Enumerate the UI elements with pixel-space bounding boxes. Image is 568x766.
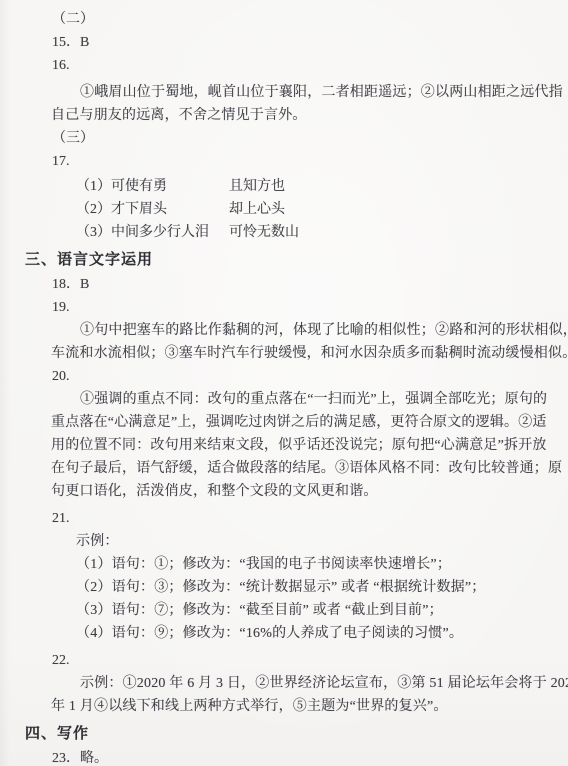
answer-21-number: 21. <box>0 507 568 530</box>
answer-16-number: 16. <box>0 54 568 77</box>
answer-21-item1: （1）语句：①；修改为：“我国的电子书阅读率快速增长”； <box>0 553 568 576</box>
answer-17-item3-blank: （3）中间多少行人泪 <box>76 221 229 244</box>
answer-16-line2: 自己与朋友的远离，不舍之情见于言外。 <box>0 104 568 127</box>
answer-20-line4: 在句子最后，语气舒缓，适合做段落的结尾。③语体风格不同：改句比较普通；原 <box>0 457 568 480</box>
section-label-2: （二） <box>0 8 568 31</box>
answer-16-line1: ①峨眉山位于蜀地，岘首山位于襄阳，二者相距遥远；②以两山相距之远代指 <box>0 81 568 104</box>
answer-22-number: 22. <box>0 649 568 672</box>
answer-20-line1: ①强调的重点不同：改句的重点落在“一扫而光”上，强调全部吃光；原句的 <box>0 388 568 411</box>
answer-23: 23．略。 <box>0 747 568 766</box>
answer-21-item4: （4）语句：⑨；修改为：“16%的人养成了电子阅读的习惯”。 <box>0 622 568 645</box>
section-label-3: （三） <box>0 127 568 150</box>
answer-20-line3: 用的位置不同：改句用来结束文段，似乎话还没说完；原句把“心满意足”拆开放 <box>0 434 568 457</box>
answer-21-example-label: 示例： <box>0 530 568 553</box>
answer-17-item1-answer: 且知方也 <box>229 179 285 194</box>
answer-17-item3: （3）中间多少行人泪可怜无数山 <box>0 221 568 244</box>
answer-19-line2: 车流和水流相似；③塞车时汽车行驶缓慢，和河水因杂质多而黏稠时流动缓慢相似。 <box>0 342 568 365</box>
answer-18: 18．B <box>0 273 568 296</box>
answer-17-item2: （2）才下眉头却上心头 <box>0 198 568 221</box>
answer-17-item3-answer: 可怜无数山 <box>229 225 299 240</box>
heading-section-3: 三、语言文字运用 <box>0 248 568 271</box>
answer-17-item1: （1）可使有勇且知方也 <box>0 175 568 198</box>
answer-20-line5: 句更口语化，活泼俏皮，和整个文段的文风更和谐。 <box>0 480 568 503</box>
answer-20-number: 20. <box>0 365 568 388</box>
answer-19-line1: ①句中把塞车的路比作黏稠的河，体现了比喻的相似性；②路和河的形状相似， <box>0 319 568 342</box>
answer-17-item2-answer: 却上心头 <box>229 202 285 217</box>
answer-19-number: 19. <box>0 296 568 319</box>
answer-17-number: 17. <box>0 150 568 173</box>
answer-21-item3: （3）语句：⑦；修改为：“截至目前” 或者 “截止到目前”； <box>0 599 568 622</box>
answer-22-line1: 示例：①2020 年 6 月 3 日，②世界经济论坛宣布，③第 51 届论坛年会… <box>0 672 568 695</box>
answer-17-item1-blank: （1）可使有勇 <box>76 175 229 198</box>
answer-22-line2: 年 1 月④以线下和线上两种方式举行，⑤主题为“世界的复兴”。 <box>0 695 568 718</box>
heading-section-4: 四、写作 <box>0 722 568 745</box>
answer-17-item2-blank: （2）才下眉头 <box>76 198 229 221</box>
scanned-answer-key-page: （二） 15．B 16. ①峨眉山位于蜀地，岘首山位于襄阳，二者相距遥远；②以两… <box>0 0 568 766</box>
answer-21-item2: （2）语句：③；修改为：“统计数据显示” 或者 “根据统计数据”； <box>0 576 568 599</box>
answer-15: 15．B <box>0 31 568 54</box>
answer-20-line2: 重点落在“心满意足”上，强调吃过肉饼之后的满足感，更符合原文的逻辑。②适 <box>0 411 568 434</box>
